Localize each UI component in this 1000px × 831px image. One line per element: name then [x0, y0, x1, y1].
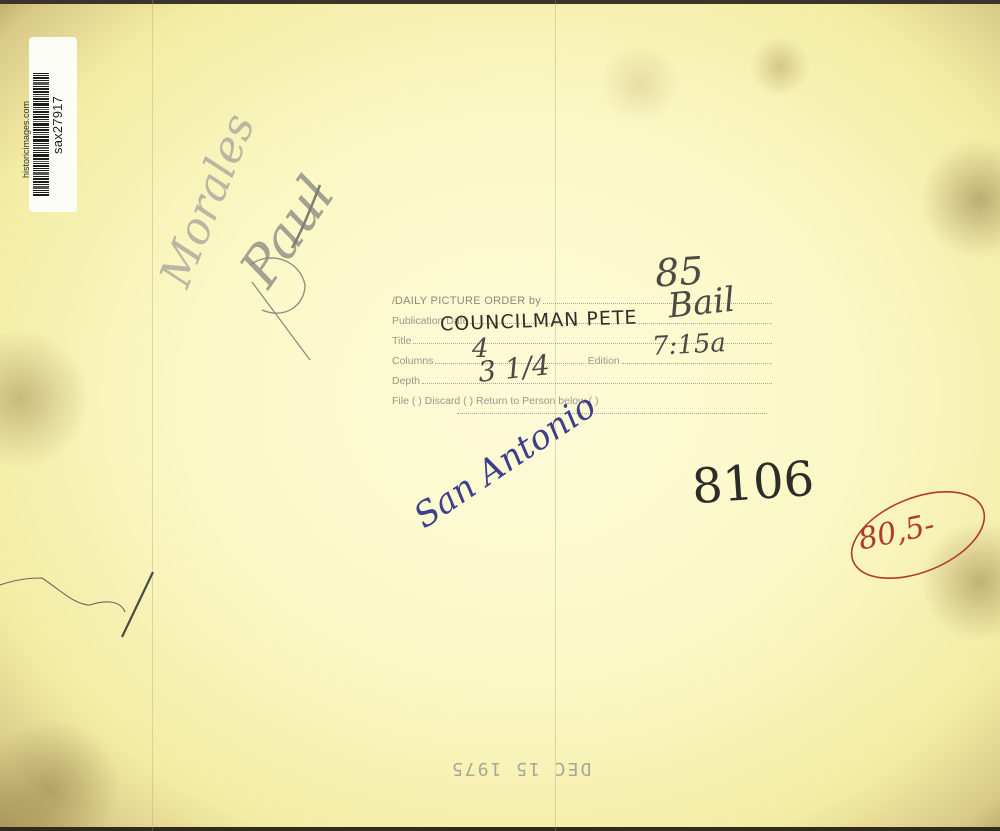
form-row-publication-date: Publication Date	[392, 307, 772, 327]
form-row-depth: Depth	[392, 367, 772, 387]
form-row-columns: Columns Edition	[392, 347, 772, 367]
fold-line	[152, 0, 153, 831]
form-row-order-by: / DAILY PICTURE ORDER by	[392, 287, 772, 307]
file-discard-return-options: File ( ) Discard ( ) Return to Person be…	[392, 395, 599, 407]
fill-line	[422, 382, 772, 384]
fold-line	[555, 0, 556, 831]
barcode-site-text: historicimages.com	[21, 100, 31, 177]
fill-line	[470, 322, 772, 324]
scan-top-edge	[0, 0, 1000, 4]
edition-label: Edition	[588, 355, 620, 367]
fill-line	[543, 302, 772, 304]
fill-line	[413, 342, 772, 344]
publication-date-label: Publication Date	[392, 315, 468, 327]
barcode-sku: sax27917	[50, 50, 65, 200]
barcode-bars	[33, 54, 49, 196]
title-label: Title	[392, 335, 411, 347]
form-row-options: File ( ) Discard ( ) Return to Person be…	[392, 387, 772, 407]
scan-bottom-edge	[0, 827, 1000, 831]
fill-line	[622, 362, 772, 364]
photo-back-paper	[0, 0, 1000, 831]
depth-label: Depth	[392, 375, 420, 387]
fill-line	[435, 362, 585, 364]
columns-label: Columns	[392, 355, 433, 367]
barcode-label: historicimages.com sax27917	[29, 37, 77, 212]
date-stamp: DEC 15 1975	[450, 758, 591, 779]
picture-order-form: / DAILY PICTURE ORDER by Publication Dat…	[392, 287, 772, 407]
form-title: DAILY PICTURE ORDER by	[395, 295, 541, 307]
form-row-title: Title	[392, 327, 772, 347]
person-signature-line	[457, 413, 767, 414]
